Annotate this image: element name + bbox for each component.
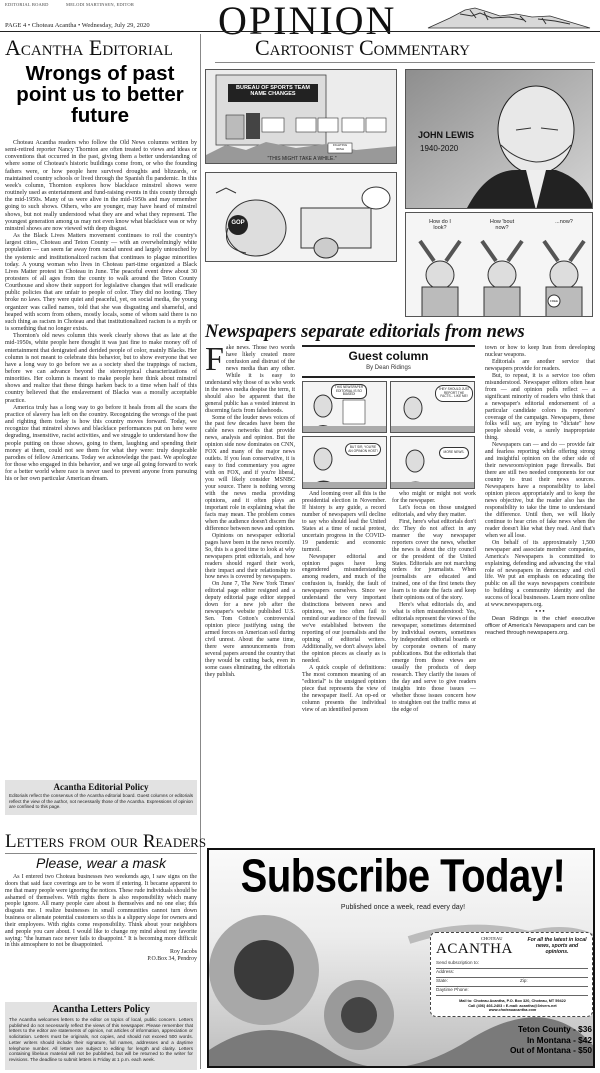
editorial-paragraph: Choteau Acantha readers who follow the O… — [5, 140, 197, 233]
guest-column-headline: Newspapers separate editorials from news — [205, 322, 597, 343]
page-line: PAGE 4 • Choteau Acantha • Wednesday, Ju… — [5, 22, 150, 29]
form-mail-info: Mail to: Choteau Acantha, P.O. Box 320, … — [434, 999, 591, 1013]
comic-panel-1: THIS NEWSPAPER EDITORIAL IS SO BIASED! — [302, 381, 387, 433]
cartoon-gop-label: GOP — [228, 220, 248, 226]
editorial-body: Choteau Acantha readers who follow the O… — [5, 140, 197, 484]
comic-bubble-3: BUT SIR, YOU'RE AN OPINION HOST! — [345, 443, 381, 456]
letters-policy-box: Acantha Letters Policy The Acantha welco… — [5, 1002, 197, 1070]
cartoons-rule — [215, 62, 595, 63]
header-divider — [0, 31, 600, 32]
cartoon-bunny-bubble-1: How do I look? — [424, 219, 456, 231]
price-teton-county: Teton County - $36 — [489, 1024, 592, 1035]
field-zip[interactable]: Zip: — [520, 978, 528, 986]
comic-bubble-2: THEY SHOULD JUST REPORT THE FACTS... LIK… — [435, 385, 473, 402]
mail-website: www.choteauacantha.com — [434, 1008, 591, 1013]
guest-paragraph: Here's what editorials do, and what is o… — [392, 602, 476, 713]
column-divider — [200, 34, 201, 1069]
comic-panel-4: MORE NEWS. — [390, 436, 475, 489]
cartoon-sports-names: BUREAU OF SPORTS TEAM NAME CHANGES FIGHT… — [205, 69, 397, 164]
cartoon-john-lewis-name: JOHN LEWIS — [418, 130, 474, 140]
letter-body: As I entered two Choteau businesses two … — [5, 874, 197, 963]
cartoon-bunny-bubble-3: ...now? — [548, 219, 580, 225]
field-address[interactable]: Address: — [436, 969, 588, 978]
guest-paragraph: But, to repeat, it is a service too ofte… — [485, 373, 595, 443]
guest-comic-strip: THIS NEWSPAPER EDITORIAL IS SO BIASED! T… — [302, 381, 475, 489]
guest-column-col3: who might or might not work for the news… — [392, 491, 476, 714]
editorial-board-label: Editorial Board — [5, 2, 49, 7]
guest-box-rule-top — [302, 345, 475, 347]
guest-paragraph: Newspapers can — and do — provide fair a… — [485, 442, 595, 539]
mountain-range-icon — [420, 4, 595, 30]
form-tagline: For all the latest in local news, sports… — [524, 937, 590, 956]
letter-signature-address: P.O.Box 34, Pendroy — [5, 956, 197, 963]
cartoon-tag-text: FIGHTING IRISH — [329, 144, 351, 151]
comic-bubble-1: THIS NEWSPAPER EDITORIAL IS SO BIASED! — [331, 384, 367, 399]
guest-box-rule-bottom — [302, 376, 475, 378]
letters-policy-text: The Acantha welcomes letters to the edit… — [9, 1017, 193, 1063]
guest-paragraph: town or how to keep Iran from developing… — [485, 345, 595, 359]
cartoon-john-lewis-years: 1940-2020 — [420, 144, 458, 153]
editor-label: Melodi Martinsen, Editor — [66, 2, 134, 7]
guest-paragraph: Opinions on newspaper editorial pages ha… — [205, 533, 295, 582]
subscription-prices: Teton County - $36 In Montana - $42 Out … — [489, 1024, 592, 1056]
letter-paragraph: As I entered two Choteau businesses two … — [5, 874, 197, 949]
editorial-section-title: Acantha Editorial — [5, 37, 173, 59]
guest-bio: Dean Ridings is the chief executive offi… — [485, 616, 595, 636]
guest-paragraph: Let's focus on those unsigned editorials… — [392, 505, 476, 519]
form-fields: Send subscription to: Address: State:Zip… — [436, 960, 588, 996]
editorial-policy-text: Editorials reflect the consensus of the … — [9, 793, 193, 810]
letters-policy-title: Acantha Letters Policy — [9, 1004, 193, 1015]
subscribe-title: Subscribe Today! — [209, 851, 595, 903]
letters-headline: Please, wear a mask — [5, 855, 197, 871]
comic-panel-2: THEY SHOULD JUST REPORT THE FACTS... LIK… — [390, 381, 475, 433]
letter-signature-name: Roy Jacobs — [5, 949, 197, 956]
editorial-paragraph: America truly has a long way to go befor… — [5, 405, 197, 484]
field-state[interactable]: State: — [436, 978, 448, 986]
guest-paragraph: A quick couple of definitions: The most … — [302, 665, 386, 714]
field-send-to[interactable]: Send subscription to: — [436, 960, 588, 969]
guest-paragraph: Some of the louder news voices of the pa… — [205, 415, 295, 533]
guest-paragraph: who might or might not work for the news… — [392, 491, 476, 505]
editorial-headline: Wrongs of past point us to better future — [4, 64, 196, 127]
cartoon-free-badge: FREE — [548, 299, 560, 303]
editorial-policy-title: Acantha Editorial Policy — [9, 782, 193, 792]
field-phone[interactable]: Daytime Phone: — [436, 987, 588, 996]
letters-rule — [5, 853, 197, 854]
subscription-form: CHOTEAU ACANTHA For all the latest in lo… — [430, 932, 593, 1017]
guest-paragraph: First, here's what editorials don't do: … — [392, 519, 476, 602]
subscribe-ad: Subscribe Today! Published once a week, … — [207, 848, 595, 1068]
editorial-policy-box: Acantha Editorial Policy Editorials refl… — [5, 780, 197, 815]
guest-column-col2: And looming over all this is the preside… — [302, 491, 386, 714]
guest-paragraph: On behalf of its approximately 1,500 new… — [485, 540, 595, 610]
price-out-of-montana: Out of Montana - $50 — [489, 1045, 592, 1056]
editorial-paragraph: As the Black Lives Matters movement cont… — [5, 233, 197, 333]
editorial-paragraph: Thornton's old news column this week cle… — [5, 333, 197, 405]
guest-paragraph: Editorials are another service that news… — [485, 359, 595, 373]
cartoons-section-title: Cartoonist Commentary — [255, 37, 470, 59]
guest-separator: • • • — [485, 609, 595, 616]
cartoon-bunny-bubble-2: How 'bout now? — [486, 219, 518, 231]
letters-section-title: Letters from our Readers — [5, 832, 206, 851]
cartoon-sign-text: BUREAU OF SPORTS TEAM NAME CHANGES — [230, 85, 316, 97]
cartoon-gop-elephant: GOP — [205, 172, 397, 262]
subscribe-subtitle: Published once a week, read every day! — [209, 904, 595, 911]
drop-cap: F — [205, 346, 224, 374]
cartoon-caption: "THIS MIGHT TAKE A WHILE." — [206, 156, 397, 162]
guest-box-title: Guest column — [302, 349, 475, 363]
comic-panel-3: BUT SIR, YOU'RE AN OPINION HOST! — [302, 436, 387, 489]
cartoon-bunny-ears: How do I look? How 'bout now? ...now? FR… — [405, 212, 593, 317]
cartoon-john-lewis: JOHN LEWIS 1940-2020 — [405, 69, 593, 209]
guest-paragraph: Newspaper editorial and opinion pages ha… — [302, 554, 386, 665]
form-logo: ACANTHA — [436, 941, 513, 958]
guest-paragraph: And looming over all this is the preside… — [302, 491, 386, 554]
guest-byline: By Dean Ridings — [302, 365, 475, 371]
price-in-montana: In Montana - $42 — [489, 1035, 592, 1046]
guest-paragraph: On June 7, The New York Times' editorial… — [205, 581, 295, 678]
comic-bubble-4: MORE NEWS. — [439, 447, 469, 459]
guest-column-col4: town or how to keep Iran from developing… — [485, 345, 595, 637]
guest-column-col1: Fake news. Those two words have likely c… — [205, 345, 295, 679]
field-state-zip[interactable]: State:Zip: — [436, 978, 588, 987]
